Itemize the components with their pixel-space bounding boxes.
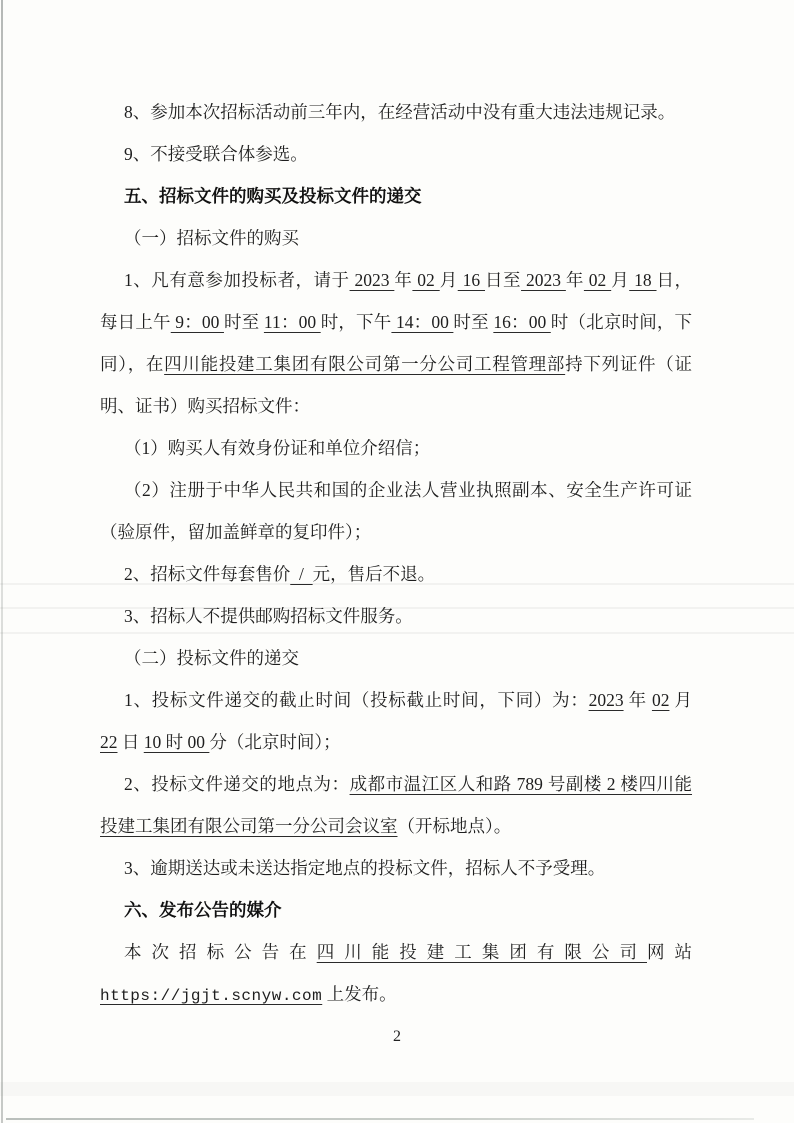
paragraph-purchase-clause-3: 3、招标人不提供邮购招标文件服务。 — [100, 595, 692, 637]
underlined-field: 18 — [629, 270, 656, 290]
scan-artifact-bottom-edge — [6, 1118, 754, 1120]
paragraph-submission-clause-3: 3、逾期送达或未送达指定地点的投标文件，招标人不予受理。 — [100, 847, 692, 889]
text-run: （开标地点）。 — [398, 816, 512, 836]
text-run: 本次招标公告在 — [124, 942, 317, 962]
text-run: 上发布。 — [322, 984, 396, 1004]
paragraph-announcement-media: 本次招标公告在四川能投建工集团有限公司网站 https://jgjt.scnyw… — [100, 931, 692, 1017]
underlined-field: 02 — [412, 270, 439, 290]
underlined-field: 10 时 00 — [144, 732, 210, 752]
underlined-field: 四川能投建工集团有限公司第一分公司工程管理部 — [164, 354, 565, 374]
text-run: 月 — [611, 270, 629, 290]
paragraph-clause-8: 8、参加本次招标活动前三年内，在经营活动中没有重大违法违规记录。 — [100, 91, 692, 133]
paragraph-purchase-cert-2: （2）注册于中华人民共和国的企业法人营业执照副本、安全生产许可证（验原件，留加盖… — [100, 469, 692, 553]
text-run: 2、招标文件每套售价 — [124, 564, 290, 584]
paragraph-subsection-1-title: （一）招标文件的购买 — [100, 217, 692, 259]
text-run: 年 — [624, 690, 652, 710]
document-page: 8、参加本次招标活动前三年内，在经营活动中没有重大违法违规记录。9、不接受联合体… — [0, 0, 794, 1123]
text-run: 时至 — [453, 312, 493, 332]
page-number: 2 — [0, 1028, 794, 1046]
paragraph-submission-clause-1: 1、投标文件递交的截止时间（投标截止时间，下同）为：2023 年 02 月 22… — [100, 679, 692, 763]
text-run: 分（北京时间）； — [209, 732, 340, 752]
underlined-field: 9：00 — [171, 312, 224, 332]
text-run: 网站 — [647, 942, 692, 962]
underlined-field: 22 — [100, 732, 118, 752]
underlined-field: 16：00 — [493, 312, 550, 332]
text-run: 五、招标文件的购买及投标文件的递交 — [124, 186, 422, 206]
text-run: 日 — [118, 732, 144, 752]
text-run: 年 — [394, 270, 412, 290]
text-run: 元，售后不退。 — [313, 564, 436, 584]
text-run: 1、凡有意参加投标者，请于 — [124, 270, 350, 290]
text-run: 月 — [440, 270, 458, 290]
underlined-field: / — [290, 564, 312, 584]
text-run: （2）注册于中华人民共和国的企业法人营业执照副本、安全生产许可证（验原件，留加盖… — [100, 480, 692, 542]
text-run: （1）购买人有效身份证和单位介绍信； — [124, 438, 430, 458]
text-run: （二）投标文件的递交 — [124, 648, 299, 668]
section-heading: 六、发布公告的媒介 — [100, 889, 692, 931]
text-run: 1、投标文件递交的截止时间（投标截止时间，下同）为： — [124, 690, 589, 710]
paragraph-purchase-clause-1: 1、凡有意参加投标者，请于 2023 年 02 月 16 日至 2023 年 0… — [100, 259, 692, 427]
underlined-field: 四川能投建工集团有限公司 — [317, 942, 647, 962]
text-run: 六、发布公告的媒介 — [124, 900, 282, 920]
text-run: 3、逾期送达或未送达指定地点的投标文件，招标人不予受理。 — [124, 858, 605, 878]
document-body: 8、参加本次招标活动前三年内，在经营活动中没有重大违法违规记录。9、不接受联合体… — [100, 91, 692, 1017]
underlined-field: 02 — [584, 270, 611, 290]
paragraph-purchase-clause-2: 2、招标文件每套售价 / 元，售后不退。 — [100, 553, 692, 595]
paragraph-purchase-cert-1: （1）购买人有效身份证和单位介绍信； — [100, 427, 692, 469]
scan-artifact-left-edge — [1, 0, 3, 1123]
scan-streak — [0, 1082, 794, 1096]
paragraph-submission-clause-2: 2、投标文件递交的地点为：成都市温江区人和路 789 号副楼 2 楼四川能投建工… — [100, 763, 692, 847]
text-run: 年 — [566, 270, 584, 290]
underlined-field: https://jgjt.scnyw.com — [100, 987, 322, 1005]
paragraph-clause-9: 9、不接受联合体参选。 — [100, 133, 692, 175]
text-run: 时至 — [224, 312, 264, 332]
underlined-field: 11：00 — [264, 312, 321, 332]
underlined-field: 2023 — [350, 270, 395, 290]
text-run: 月 — [669, 690, 692, 710]
underlined-field: 2023 — [589, 690, 624, 710]
paragraph-subsection-2-title: （二）投标文件的递交 — [100, 637, 692, 679]
section-heading: 五、招标文件的购买及投标文件的递交 — [100, 175, 692, 217]
underlined-field: 14：00 — [391, 312, 453, 332]
text-run: 2、投标文件递交的地点为： — [124, 774, 350, 794]
text-run: 9、不接受联合体参选。 — [124, 144, 308, 164]
text-run: 日至 — [485, 270, 521, 290]
text-run: 3、招标人不提供邮购招标文件服务。 — [124, 606, 413, 626]
underlined-field: 02 — [652, 690, 670, 710]
text-run: 时，下午 — [321, 312, 392, 332]
text-run: （一）招标文件的购买 — [124, 228, 299, 248]
underlined-field: 2023 — [521, 270, 566, 290]
underlined-field: 16 — [458, 270, 485, 290]
text-run: 8、参加本次招标活动前三年内，在经营活动中没有重大违法违规记录。 — [124, 102, 675, 122]
